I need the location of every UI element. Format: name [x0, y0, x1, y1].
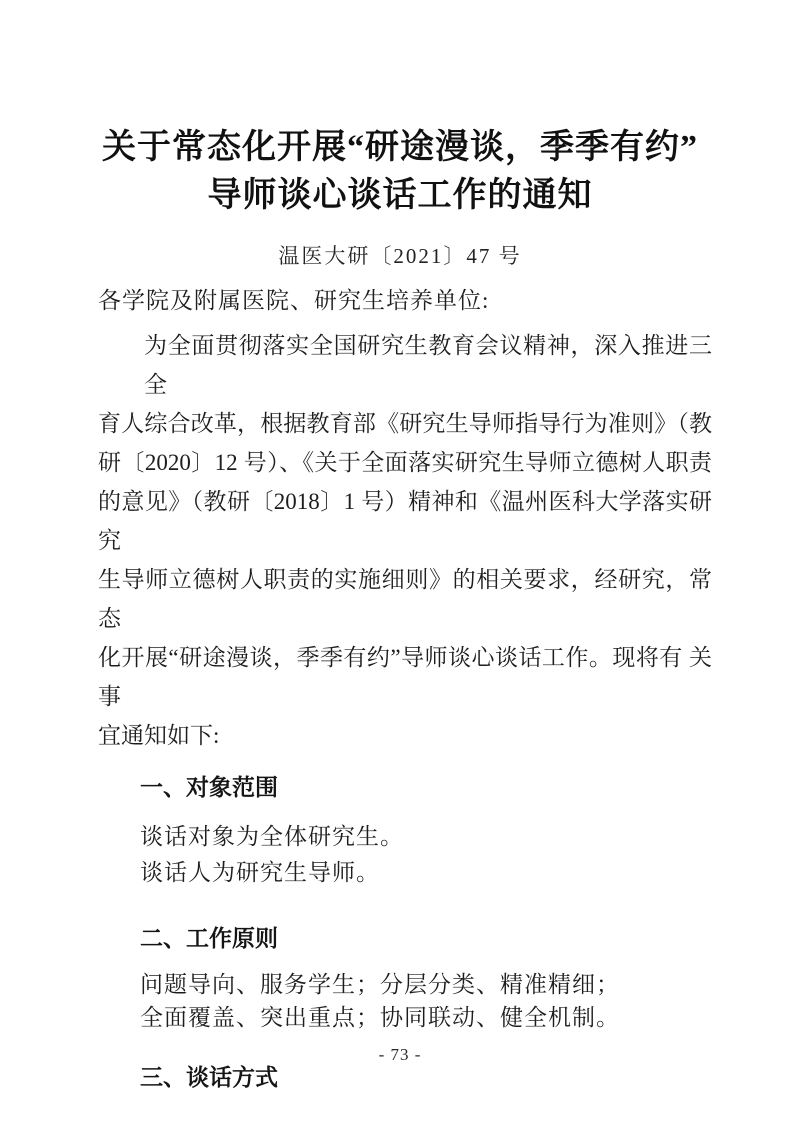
paragraph-line: 生导师立德树人职责的实施细则》的相关要求，经研究，常 态 [98, 560, 712, 638]
title-line-2: 导师谈心谈话工作的通知 [0, 172, 800, 220]
paragraph-line: 宜通知如下: [98, 716, 712, 755]
section-heading: 二、工作原则 [98, 923, 712, 953]
section-principles: 二、工作原则 问题导向、服务学生；分层分类、精准精细； 全面覆盖、突出重点；协同… [98, 923, 712, 1034]
section-body: 问题导向、服务学生；分层分类、精准精细； 全面覆盖、突出重点；协同联动、健全机制… [98, 968, 712, 1034]
page-footer: - 73 - [0, 1045, 800, 1065]
section-talk-method: 三、谈话方式 [98, 1062, 712, 1092]
section-line: 谈话人为研究生导师。 [98, 855, 712, 891]
section-scope: 一、对象范围 谈话对象为全体研究生。 谈话人为研究生导师。 [98, 772, 712, 891]
document-number: 温医大研〔2021〕47 号 [0, 240, 800, 270]
document-page: 关于常态化开展“研途漫谈，季季有约” 导师谈心谈话工作的通知 温医大研〔2021… [0, 0, 800, 1131]
intro-paragraph: 为全面贯彻落实全国研究生教育会议精神，深入推进三全 育人综合改革，根据教育部《研… [98, 326, 712, 755]
section-body: 谈话对象为全体研究生。 谈话人为研究生导师。 [98, 819, 712, 891]
paragraph-line: 为全面贯彻落实全国研究生教育会议精神，深入推进三全 [98, 326, 712, 404]
paragraph-line: 育人综合改革，根据教育部《研究生导师指导行为准则》（教 [98, 404, 712, 443]
paragraph-line: 化开展“研途漫谈，季季有约”导师谈心谈话工作。现将有 关事 [98, 638, 712, 716]
document-body: 各学院及附属医院、研究生培养单位: 为全面贯彻落实全国研究生教育会议精神，深入推… [98, 284, 712, 1092]
page-number: - 73 - [379, 1045, 422, 1064]
title-line-1: 关于常态化开展“研途漫谈，季季有约” [0, 124, 800, 172]
salutation: 各学院及附属医院、研究生培养单位: [98, 284, 712, 318]
section-heading: 三、谈话方式 [98, 1062, 712, 1092]
paragraph-line: 的意见》（教研〔2018〕1 号）精神和《温州医科大学落实研 究 [98, 482, 712, 560]
section-heading: 一、对象范围 [98, 772, 712, 802]
section-line: 谈话对象为全体研究生。 [98, 819, 712, 855]
section-line: 全面覆盖、突出重点；协同联动、健全机制。 [98, 1001, 712, 1034]
document-title: 关于常态化开展“研途漫谈，季季有约” 导师谈心谈话工作的通知 [0, 0, 800, 220]
section-line: 问题导向、服务学生；分层分类、精准精细； [98, 968, 712, 1001]
paragraph-line: 研〔2020〕12 号）、《关于全面落实研究生导师立德树人职责 [98, 443, 712, 482]
